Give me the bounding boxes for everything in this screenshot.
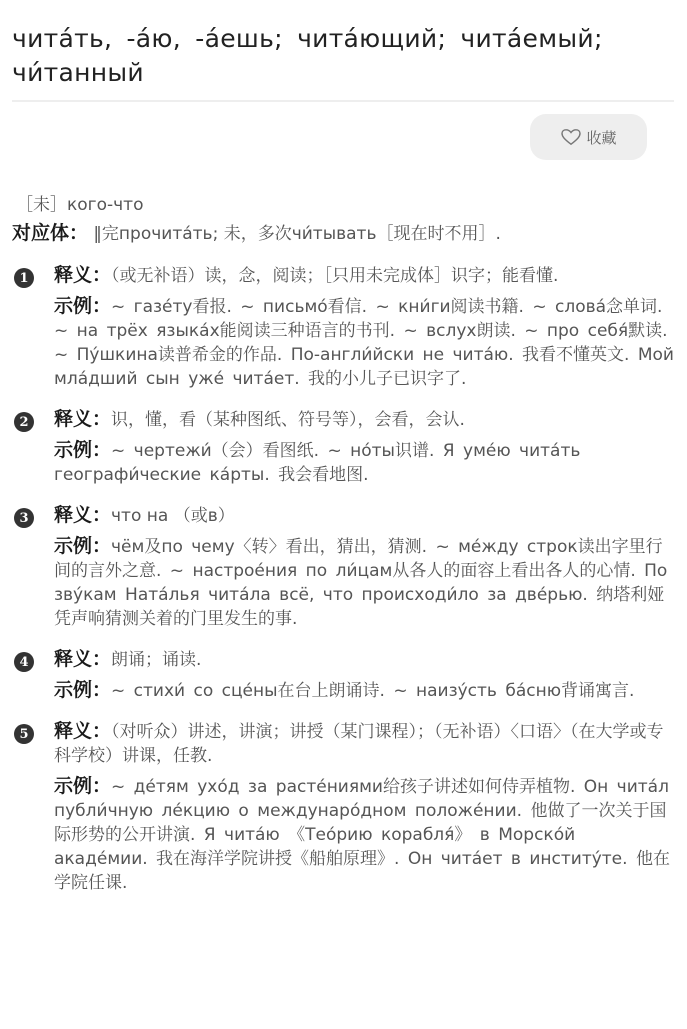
aspect-pair: 对应体： ‖完прочита́ть; 未，多次чи́тывать［现在时不用］. <box>12 220 674 247</box>
definition-label: 释义： <box>54 648 111 670</box>
sense-number-icon: 1 <box>14 268 34 288</box>
example-label: 示例： <box>54 295 111 317</box>
example-text: ~ стихи́ со сце́ны在台上朗诵诗. ~ наизу́сть ба… <box>111 681 634 701</box>
example-text: ~ де́тям ухо́д за расте́ниями给孩子讲述如何侍弄植物… <box>54 777 670 893</box>
sense-1: 1 释义：（或无补语）读，念，阅读；［只用未完成体］识字；能看懂. 示例：~ г… <box>12 263 674 391</box>
example-label: 示例： <box>54 679 111 701</box>
definition-text: 朗诵；诵读. <box>111 650 201 670</box>
definition-text: 识，懂，看（某种图纸、符号等），会看，会认. <box>111 410 465 430</box>
example-label: 示例： <box>54 535 111 557</box>
example-label: 示例： <box>54 439 111 461</box>
sense-5: 5 释义：（对听众）讲述，讲演；讲授（某门课程）；（无补语）〈口语〉（在大学或专… <box>12 719 674 895</box>
grammar-info: ［未］кого-что <box>16 192 674 218</box>
sense-3: 3 释义：что на （或в） 示例：чём及по чему〈转〉看出，猜出，… <box>12 503 674 631</box>
sense-4: 4 释义：朗诵；诵读. 示例：~ стихи́ со сце́ны在台上朗诵诗.… <box>12 647 674 703</box>
entry-content: ［未］кого-что 对应体： ‖完прочита́ть; 未，多次чи́ты… <box>12 192 674 895</box>
favorite-button[interactable]: 收藏 <box>530 114 647 160</box>
definition-text: （对听众）讲述，讲演；讲授（某门课程）；（无补语）〈口语〉（在大学或专科学校）讲… <box>54 722 664 766</box>
example-text: ~ чертежи́（会）看图纸. ~ но́ты识谱. Я уме́ю чит… <box>54 441 580 485</box>
definition-text: что на （或в） <box>111 506 235 526</box>
definition-label: 释义： <box>54 264 111 286</box>
definition-label: 释义： <box>54 408 111 430</box>
heart-outline-icon <box>560 128 582 146</box>
sense-number-icon: 5 <box>14 724 34 744</box>
sense-2: 2 释义：识，懂，看（某种图纸、符号等），会看，会认. 示例：~ чертежи… <box>12 407 674 487</box>
sense-number-icon: 2 <box>14 412 34 432</box>
example-label: 示例： <box>54 775 111 797</box>
example-text: ~ газе́ту看报. ~ письмо́看信. ~ кни́ги阅读书籍. … <box>54 297 674 389</box>
aspect-label: 对应体： <box>12 222 88 244</box>
definition-text: （或无补语）读，念，阅读；［只用未完成体］识字；能看懂. <box>111 266 558 286</box>
sense-number-icon: 3 <box>14 508 34 528</box>
aspect-text: ‖完прочита́ть; 未，多次чи́тывать［现在时不用］. <box>93 224 500 244</box>
example-text: чём及по чему〈转〉看出，猜出，猜测. ~ ме́жду строк读出… <box>54 537 667 629</box>
definition-label: 释义： <box>54 720 111 742</box>
headword: чита́ть, -а́ю, -а́ешь; чита́ющий; чита́е… <box>12 22 677 90</box>
sense-number-icon: 4 <box>14 652 34 672</box>
divider <box>12 100 674 102</box>
favorite-label: 收藏 <box>586 127 616 148</box>
definition-label: 释义： <box>54 504 111 526</box>
